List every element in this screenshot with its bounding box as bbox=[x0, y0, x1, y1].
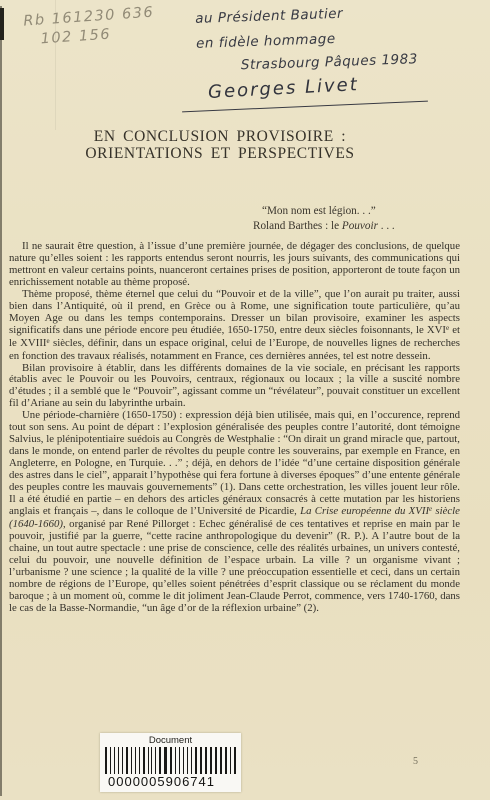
dedication-line2: en fidèle hommage bbox=[196, 28, 418, 53]
chapter-title-line2: ORIENTATIONS ET PERSPECTIVES bbox=[15, 146, 425, 163]
ink-dedication: au Président Bautier en fidèle hommage S… bbox=[195, 3, 418, 76]
dedication-signature: Georges Livet bbox=[208, 74, 360, 103]
paragraph: Thème proposé, thème éternel que celui d… bbox=[9, 289, 460, 363]
barcode-label: Document 0000005906741 bbox=[100, 733, 241, 792]
epigraph: “Mon nom est légion. . .” Roland Barthes… bbox=[253, 204, 465, 234]
paragraph: Il ne saurait être question, à l’issue d… bbox=[9, 241, 460, 289]
barcode-title: Document bbox=[100, 733, 241, 746]
paragraph: Une période-charnière (1650-1750) : expr… bbox=[9, 410, 460, 614]
epigraph-attribution: Roland Barthes : le Pouvoir . . . bbox=[253, 219, 465, 234]
pencil-call-number: Rb 161230 636 102 156 bbox=[23, 3, 156, 50]
scan-edge-notch bbox=[0, 8, 4, 40]
scan-edge-left bbox=[0, 6, 2, 796]
epigraph-quote: “Mon nom est légion. . .” bbox=[253, 204, 465, 219]
chapter-title-line1: EN CONCLUSION PROVISOIRE : bbox=[15, 129, 425, 146]
body-text: Il ne saurait être question, à l’issue d… bbox=[9, 241, 460, 615]
paragraph: Bilan provisoire à établir, dans les dif… bbox=[9, 363, 460, 411]
page-number: 5 bbox=[413, 756, 418, 767]
scanned-page: Rb 161230 636 102 156 au Président Bauti… bbox=[0, 0, 490, 800]
dedication-line1: au Président Bautier bbox=[195, 3, 417, 28]
barcode-bars bbox=[105, 747, 236, 774]
barcode-number: 0000005906741 bbox=[100, 774, 241, 790]
chapter-title: EN CONCLUSION PROVISOIRE : ORIENTATIONS … bbox=[15, 129, 425, 162]
dedication-line3: Strasbourg Pâques 1983 bbox=[241, 51, 419, 74]
